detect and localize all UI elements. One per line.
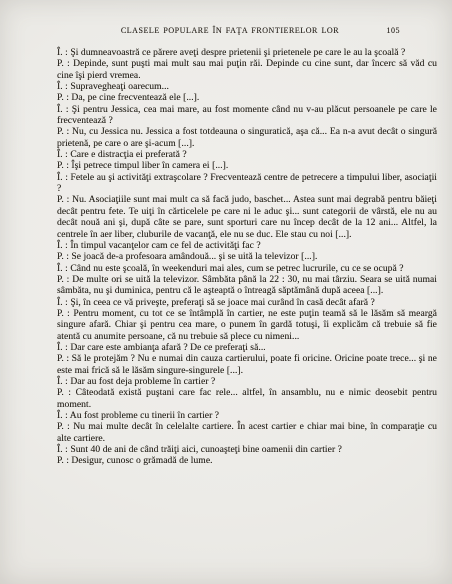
dialogue-text: Să le protejăm ? Nu e numai din cauza ca… [57, 353, 437, 375]
dialogue-line: Î. : Şi dumneavoastră ce părere aveţi de… [57, 47, 437, 58]
dialogue-line: Î. : Şi, în ceea ce vă priveşte, prefera… [57, 297, 437, 308]
dialogue-block: Î. : Şi dumneavoastră ce părere aveţi de… [57, 47, 437, 467]
speaker-label: Î. : [57, 342, 70, 353]
dialogue-text: Sunt 40 de ani de când trăiţi aici, cuno… [70, 444, 342, 455]
dialogue-text: Care e distracţia ei preferată ? [70, 149, 186, 160]
dialogue-text: Îşi petrece timpul liber în camera ei [.… [71, 160, 228, 171]
speaker-label: P. : [57, 92, 71, 103]
speaker-label: P. : [57, 274, 72, 285]
dialogue-line: Î. : Şi pentru Jessica, cea mai mare, au… [57, 104, 437, 127]
speaker-label: P. : [57, 421, 73, 432]
speaker-label: Î. : [57, 410, 70, 421]
speaker-label: P. : [57, 194, 72, 205]
dialogue-line: P. : Îşi petrece timpul liber în camera … [57, 160, 437, 171]
dialogue-text: De multe ori se uită la televizor. Sâmbă… [57, 274, 437, 296]
speaker-label: P. : [57, 353, 72, 364]
speaker-label: Î. : [57, 104, 72, 115]
dialogue-line: P. : Da, pe cine frecventează ele [...]. [57, 92, 437, 103]
dialogue-line: P. : Să le protejăm ? Nu e numai din cau… [57, 353, 437, 376]
dialogue-line: Î. : Sunt 40 de ani de când trăiţi aici,… [57, 444, 437, 455]
speaker-label: P. : [57, 455, 71, 466]
dialogue-line: P. : Pentru moment, cu tot ce se întâmpl… [57, 308, 437, 342]
dialogue-text: Dar care este ambianţa afară ? De ce pre… [70, 342, 265, 353]
dialogue-text: Nu. Asociaţiile sunt mai mult ca să facă… [57, 194, 437, 239]
dialogue-line: Î. : Care e distracţia ei preferată ? [57, 149, 437, 160]
dialogue-text: Şi, în ceea ce vă priveşte, preferaţi să… [70, 297, 375, 308]
dialogue-line: P. : Nu, cu Jessica nu. Jessica a fost t… [57, 126, 437, 149]
dialogue-text: Şi dumneavoastră ce părere aveţi despre … [70, 47, 405, 58]
speaker-label: Î. : [57, 81, 70, 92]
speaker-label: P. : [57, 58, 73, 69]
speaker-label: P. : [57, 126, 72, 137]
speaker-label: Î. : [57, 297, 70, 308]
dialogue-text: Câteodată există puştani care fac rele..… [57, 387, 437, 409]
speaker-label: P. : [57, 251, 71, 262]
dialogue-text: Depinde, sunt puşti mai mult sau mai puţ… [57, 58, 437, 80]
dialogue-text: Nu mai multe decât în celelalte cartiere… [57, 421, 437, 443]
dialogue-line: P. : Desigur, cunosc o grămadă de lume. [57, 455, 437, 466]
speaker-label: Î. : [57, 47, 70, 58]
dialogue-line: Î. : Dar care este ambianţa afară ? De c… [57, 342, 437, 353]
speaker-label: Î. : [57, 263, 70, 274]
dialogue-line: Î. : Dar au fost deja probleme în cartie… [57, 376, 437, 387]
dialogue-text: Când nu este şcoală, în weekenduri mai a… [70, 263, 403, 274]
page-number: 105 [387, 26, 401, 35]
dialogue-text: Au fost probleme cu tinerii în cartier ? [70, 410, 219, 421]
dialogue-text: Desigur, cunosc o grămadă de lume. [71, 455, 212, 466]
speaker-label: Î. : [57, 172, 70, 183]
dialogue-line: P. : Nu mai multe decât în celelalte car… [57, 421, 437, 444]
dialogue-line: P. : Câteodată există puştani care fac r… [57, 387, 437, 410]
dialogue-line: P. : Depinde, sunt puşti mai mult sau ma… [57, 58, 437, 81]
speaker-label: Î. : [57, 444, 70, 455]
speaker-label: P. : [57, 308, 73, 319]
speaker-label: Î. : [57, 240, 70, 251]
speaker-label: Î. : [57, 149, 70, 160]
speaker-label: P. : [57, 160, 71, 171]
dialogue-line: Î. : Fetele au şi activităţi extraşcolar… [57, 172, 437, 195]
speaker-label: P. : [57, 387, 76, 398]
running-title: CLASELE POPULARE ÎN FAŢA FRONTIERELOR LO… [57, 26, 403, 35]
dialogue-line: Î. : Supravegheaţi oarecum... [57, 81, 437, 92]
dialogue-text: Supravegheaţi oarecum... [70, 81, 169, 92]
dialogue-text: Dar au fost deja probleme în cartier ? [70, 376, 215, 387]
scanned-book-page: CLASELE POPULARE ÎN FAŢA FRONTIERELOR LO… [0, 0, 452, 584]
dialogue-text: Se joacă de-a profesoara amândouă... şi … [71, 251, 317, 262]
dialogue-line: Î. : Au fost probleme cu tinerii în cart… [57, 410, 437, 421]
dialogue-line: P. : De multe ori se uită la televizor. … [57, 274, 437, 297]
dialogue-text: Pentru moment, cu tot ce se întâmplă în … [57, 308, 437, 342]
dialogue-line: P. : Se joacă de-a profesoara amândouă..… [57, 251, 437, 262]
dialogue-line: Î. : Când nu este şcoală, în weekenduri … [57, 263, 437, 274]
dialogue-text: Da, pe cine frecventează ele [...]. [71, 92, 199, 103]
dialogue-line: P. : Nu. Asociaţiile sunt mai mult ca să… [57, 194, 437, 239]
dialogue-line: Î. : În timpul vacanţelor cam ce fel de … [57, 240, 437, 251]
dialogue-text: În timpul vacanţelor cam ce fel de activ… [70, 240, 260, 251]
dialogue-text: Fetele au şi activităţi extraşcolare ? F… [57, 172, 437, 194]
speaker-label: Î. : [57, 376, 70, 387]
dialogue-text: Şi pentru Jessica, cea mai mare, au fost… [57, 104, 437, 126]
dialogue-text: Nu, cu Jessica nu. Jessica a fost totdea… [57, 126, 437, 148]
running-header: CLASELE POPULARE ÎN FAŢA FRONTIERELOR LO… [57, 26, 403, 40]
